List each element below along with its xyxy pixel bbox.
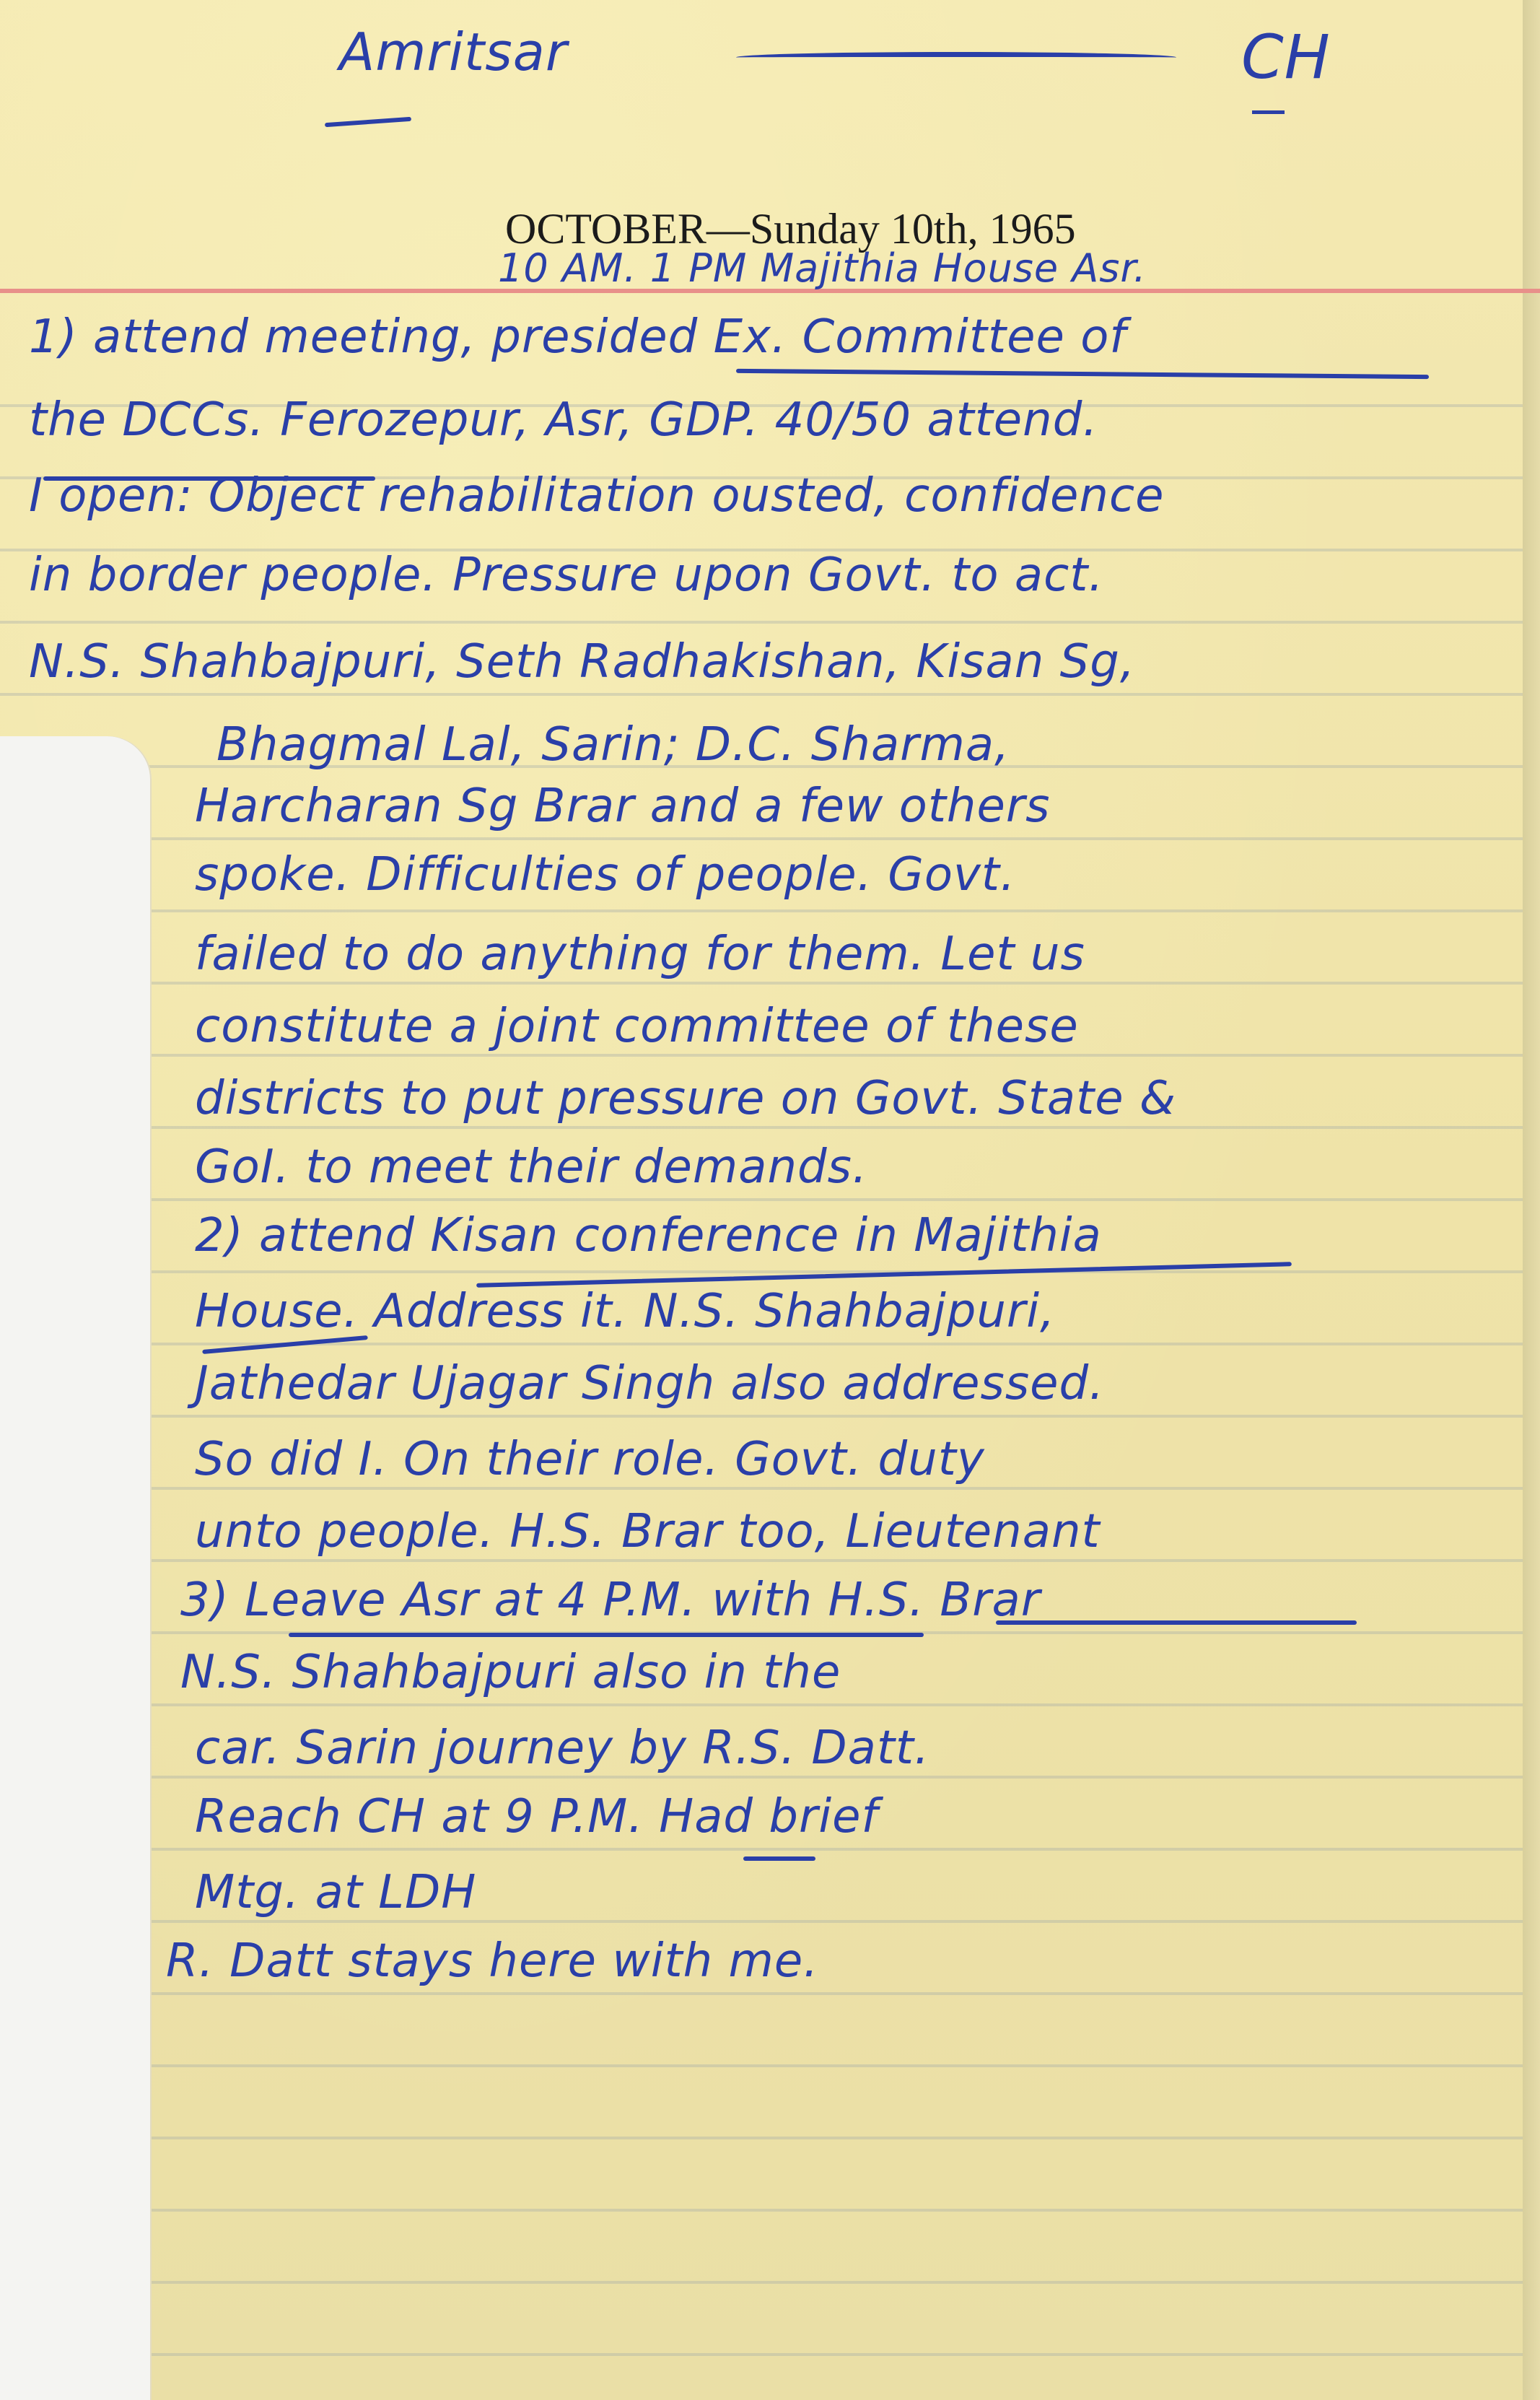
diary-line: 2) attend Kisan conference in Majithia: [195, 1209, 1102, 1262]
diary-line: So did I. On their role. Govt. duty: [195, 1433, 985, 1486]
diary-line: Jathedar Ujagar Singh also addressed.: [195, 1357, 1105, 1410]
heading-place: Amritsar: [339, 22, 567, 82]
ruled-line: [0, 1487, 1523, 1490]
heading-destination-underline: [1252, 110, 1285, 114]
diary-line: 1) attend meeting, presided Ex. Committe…: [29, 310, 1126, 364]
ruled-line: [0, 2353, 1523, 2356]
heading-destination: CH: [1241, 22, 1331, 92]
ruled-line: [0, 1343, 1523, 1345]
diary-line: I open: Object rehabilitation ousted, co…: [29, 469, 1165, 523]
ruled-line: [0, 2137, 1523, 2139]
diary-line: Harcharan Sg Brar and a few others: [195, 780, 1051, 833]
ruled-line: [0, 837, 1523, 840]
diary-line: 3) Leave Asr at 4 P.M. with H.S. Brar: [180, 1574, 1041, 1627]
page-edge: [1523, 0, 1540, 2400]
ruled-line: [0, 1992, 1523, 1995]
diary-line: failed to do anything for them. Let us: [195, 928, 1085, 981]
ruled-line: [0, 1198, 1523, 1201]
heading-dash: [736, 52, 1176, 63]
ruled-line: [0, 909, 1523, 912]
diary-line: 10 AM. 1 PM Majithia House Asr.: [498, 245, 1147, 291]
ruled-line: [0, 2064, 1523, 2067]
ruled-line: [0, 1920, 1523, 1923]
ruled-line: [0, 1270, 1523, 1273]
ruled-line: [0, 1559, 1523, 1562]
ruled-line: [0, 2209, 1523, 2212]
diary-line: unto people. H.S. Brar too, Lieutenant: [195, 1505, 1101, 1558]
diary-line: car. Sarin journey by R.S. Datt.: [195, 1722, 929, 1775]
diary-line: Bhagmal Lal, Sarin; D.C. Sharma,: [216, 718, 1010, 772]
diary-line: Reach CH at 9 P.M. Had brief: [195, 1790, 878, 1843]
ruled-line: [0, 693, 1523, 696]
text-underline: [743, 1856, 815, 1861]
underlying-card: [0, 736, 152, 2400]
ruled-line: [0, 1415, 1523, 1418]
diary-line: N.S. Shahbajpuri also in the: [180, 1646, 841, 1699]
diary-line: R. Datt stays here with me.: [166, 1934, 819, 1988]
diary-line: House. Address it. N.S. Shahbajpuri,: [195, 1285, 1055, 1338]
diary-line: constitute a joint committee of these: [195, 1000, 1079, 1053]
ruled-line: [0, 1776, 1523, 1779]
ruled-line: [0, 1054, 1523, 1057]
text-underline: [996, 1620, 1357, 1625]
text-underline: [289, 1633, 924, 1637]
diary-line: N.S. Shahbajpuri, Seth Radhakishan, Kisa…: [29, 635, 1135, 689]
ruled-line: [0, 1703, 1523, 1706]
diary-line: spoke. Difficulties of people. Govt.: [195, 848, 1015, 902]
ruled-line: [0, 982, 1523, 985]
diary-line: the DCCs. Ferozepur, Asr, GDP. 40/50 att…: [29, 393, 1098, 447]
diary-line: Mtg. at LDH: [195, 1866, 476, 1919]
diary-line: districts to put pressure on Govt. State…: [195, 1072, 1176, 1125]
ruled-line: [0, 1848, 1523, 1851]
diary-line: in border people. Pressure upon Govt. to…: [29, 549, 1104, 602]
ruled-line: [0, 1126, 1523, 1129]
ruled-line: [0, 2281, 1523, 2284]
diary-line: GoI. to meet their demands.: [195, 1140, 867, 1194]
ruled-line: [0, 621, 1523, 624]
